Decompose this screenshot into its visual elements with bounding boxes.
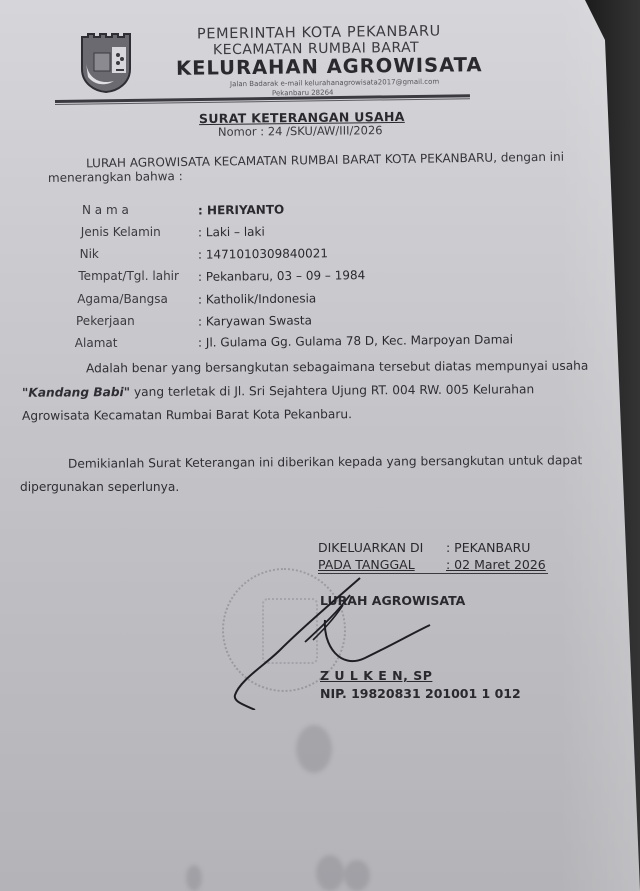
issued-at-value: : PEKANBARU [446,540,530,555]
field-label: Tempat/Tgl. lahir [78,269,179,283]
document-number: Nomor : 24 /SKU/AW/III/2026 [218,123,383,139]
letterhead-village: KELURAHAN AGROWISATA [176,53,483,80]
stain [344,860,370,891]
field-label: Alamat [75,336,118,350]
field-value: : Pekanbaru, 03 – 09 – 1984 [198,268,365,284]
field-value: : Laki – laki [198,225,265,240]
field-label: Jenis Kelamin [81,225,161,239]
paragraph-1-line-3: Agrowisata Kecamatan Rumbai Barat Kota P… [22,407,352,423]
field-value: : 1471010309840021 [198,246,328,261]
field-value: : Katholik/Indonesia [198,291,316,306]
field-value: : Karyawan Swasta [198,313,312,328]
field-label: N a m a [82,203,129,217]
field-value: : HERIYANTO [198,203,284,218]
official-nip: NIP. 19820831 201001 1 012 [320,686,521,701]
business-name: "Kandang Babi" [22,385,130,400]
paragraph-2-line-2: dipergunakan seperlunya. [20,480,179,494]
field-label: Nik [80,247,99,261]
field-label: Agama/Bangsa [77,292,168,306]
paragraph-1-line-1: Adalah benar yang bersangkutan sebagaima… [86,359,588,376]
stain [186,865,202,891]
business-location: yang terletak di Jl. Sri Sejahtera Ujung… [130,382,534,399]
field-label: Pekerjaan [76,314,135,328]
paper-edge-shade [560,0,640,891]
city-coat-of-arms-icon [78,33,134,93]
official-name: Z U L K E N, SP [320,668,432,683]
stain [296,725,332,773]
issued-at-label: DIKELUARKAN DI [318,540,423,555]
intro-line-2: menerangkan bahwa : [48,169,183,185]
stain [316,855,344,891]
